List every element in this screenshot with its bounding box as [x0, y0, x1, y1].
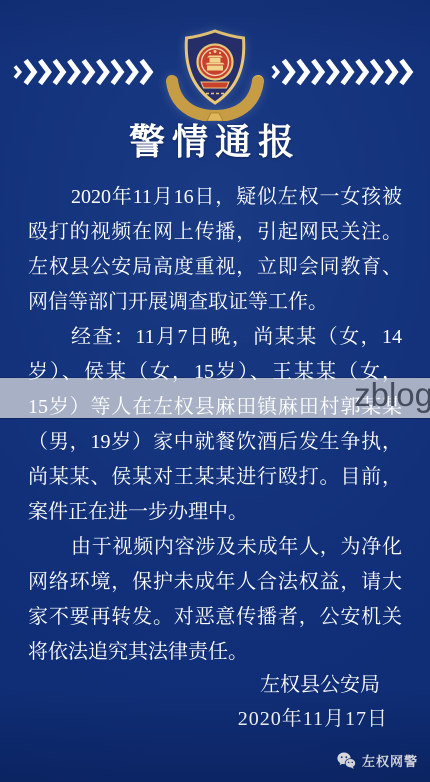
chevron-arrows-right-icon — [271, 57, 418, 87]
police-badge-icon — [165, 25, 265, 121]
notice-title: 警情通报 — [0, 116, 430, 168]
paragraph-line: 网信等部门开展调查取证等工作。 — [28, 285, 402, 320]
paragraph-line: 案件正在进一步办理中。 — [28, 495, 402, 530]
paragraph-line: 经查：11月7日晚，尚某某（女，14 — [28, 320, 402, 355]
paragraph-line: 岁）、侯某（女，15岁）、王某某（女， — [28, 355, 402, 390]
paragraph-line: 家不要再转发。对恶意传播者，公安机关 — [28, 600, 402, 635]
paragraph-line: 将依法追究其法律责任。 — [28, 635, 402, 670]
paragraph-line: 网络环境，保护未成年人合法权益，请大 — [28, 565, 402, 600]
wechat-icon — [337, 752, 356, 769]
footer-account-name: 左权网警 — [362, 751, 418, 770]
notice-body: 2020年11月16日，疑似左权一女孩被 殴打的视频在网上传播，引起网民关注。 … — [28, 180, 402, 670]
paragraph-line: 2020年11月16日，疑似左权一女孩被 — [28, 180, 402, 215]
signature-block: 左权县公安局 2020年11月17日 — [28, 668, 380, 736]
issuer-name: 左权县公安局 — [28, 668, 380, 702]
chevron-arrows-left-icon — [13, 57, 158, 87]
paragraph-line: 左权县公安局高度重视，立即会同教育、 — [28, 250, 402, 285]
police-notice-poster: 警情通报 zblog 2020年11月16日，疑似左权一女孩被 殴打的视频在网上… — [0, 0, 430, 782]
paragraph-line: 15岁）等人在左权县麻田镇麻田村郭某某 — [28, 390, 402, 425]
watermark-text: zblog — [354, 375, 430, 415]
footer-account: 左权网警 — [337, 751, 418, 770]
paragraph-line: （男，19岁）家中就餐饮酒后发生争执， — [28, 425, 402, 460]
paragraph-line: 由于视频内容涉及未成年人，为净化 — [28, 530, 402, 565]
paragraph-line: 尚某某、侯某对王某某进行殴打。目前， — [28, 460, 402, 495]
issue-date: 2020年11月17日 — [28, 702, 388, 736]
paragraph-line: 殴打的视频在网上传播，引起网民关注。 — [28, 215, 402, 250]
